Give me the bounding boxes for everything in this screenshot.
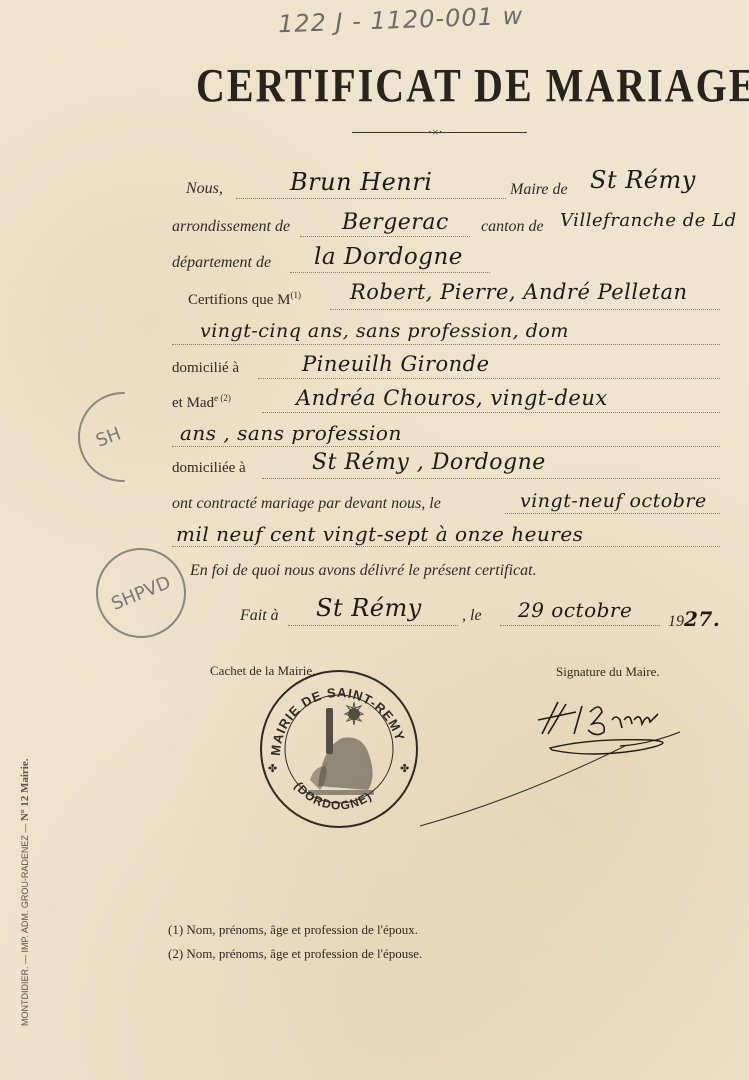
issued-date-entry: 29 octobre <box>518 598 632 622</box>
svg-text:✤: ✤ <box>400 763 409 775</box>
departement-entry: la Dordogne <box>314 244 463 270</box>
certifions-text: Certifions que M <box>188 292 291 308</box>
signature-label: Signature du Maire. <box>556 664 660 680</box>
shpvd-stamp-partial: SH <box>78 392 168 482</box>
arrondissement-entry: Bergerac <box>342 210 449 235</box>
departement-label: département de <box>172 254 271 272</box>
groom-domicile-entry: Pineuilh Gironde <box>302 352 490 376</box>
bride-details-entry: ans , sans profession <box>180 421 402 445</box>
domicilie-label: domicilié à <box>172 360 239 377</box>
pen-stroke <box>420 740 630 830</box>
bride-name-entry: Andréa Chouros, vingt-deux <box>296 386 608 410</box>
mairie-seal: MAIRIE DE SAINT-REMY (DORDOGNE) ✤ ✤ <box>258 668 420 830</box>
bride-details-line <box>172 446 720 447</box>
divider-ornament: ⋅×⋅ <box>428 125 442 140</box>
et-mad-label: et Made (2) <box>172 393 231 412</box>
footnote-ref-2: (2) <box>220 393 231 403</box>
mayor-name-entry: Brun Henri <box>290 168 432 196</box>
groom-details-entry: vingt-cinq ans, sans profession, dom <box>200 320 569 342</box>
fait-label: Fait à <box>240 607 279 625</box>
seal-icon: MAIRIE DE SAINT-REMY (DORDOGNE) ✤ ✤ <box>258 668 420 830</box>
bride-name-line <box>262 412 720 413</box>
maire-label: Maire de <box>510 181 568 199</box>
groom-details-line <box>172 344 720 345</box>
groom-name-entry: Robert, Pierre, André Pelletan <box>350 280 688 304</box>
groom-name-line <box>330 309 720 310</box>
archive-reference: 122 J - 1120-001 w <box>278 2 524 39</box>
printer-text: MONTDIDIER. — IMP. ADM. GROU-RADENEZ — <box>20 824 30 1026</box>
issued-place-line <box>288 625 458 626</box>
shpvd-stamp: SHPVD <box>96 548 186 638</box>
domiciliee-label: domiciliée à <box>172 460 246 477</box>
groom-domicile-line <box>258 378 720 379</box>
footnote-2: (2) Nom, prénoms, âge et profession de l… <box>168 946 422 962</box>
issued-date-line <box>500 625 660 626</box>
departement-line <box>290 272 490 273</box>
bride-domicile-line <box>262 478 720 479</box>
form-number: Nº 12 Mairie. <box>19 759 31 822</box>
canton-label: canton de <box>481 218 544 236</box>
marriage-date-line-2 <box>172 546 720 547</box>
le-label: , le <box>462 607 482 625</box>
mayor-name-line <box>236 198 506 199</box>
shpvd-partial-text: SH <box>93 423 124 451</box>
year-prefix: 19 <box>668 613 684 630</box>
marriage-date-entry-1: vingt-neuf octobre <box>520 490 707 512</box>
en-foi-text: En foi de quoi nous avons délivré le pré… <box>190 562 537 580</box>
arrondissement-label: arrondissement de <box>172 218 290 236</box>
printer-imprint: MONTDIDIER. — IMP. ADM. GROU-RADENEZ — N… <box>19 796 31 1026</box>
document-title: CERTIFICAT DE MARIAGE <box>196 58 706 113</box>
et-mad-text: et Mad <box>172 395 214 411</box>
arrondissement-line <box>300 236 470 237</box>
footnote-1: (1) Nom, prénoms, âge et profession de l… <box>168 922 418 938</box>
marriage-date-entry-2: mil neuf cent vingt-sept à onze heures <box>176 522 583 546</box>
bride-domicile-entry: St Rémy , Dordogne <box>312 450 546 475</box>
commune-entry: St Rémy <box>590 166 696 194</box>
svg-text:✤: ✤ <box>268 763 277 775</box>
issued-year: 1927. <box>668 607 720 631</box>
issued-place-entry: St Rémy <box>316 594 422 622</box>
certifions-label: Certifions que M(1) <box>188 290 301 309</box>
nous-label: Nous, <box>186 180 223 198</box>
contracte-label: ont contracté mariage par devant nous, l… <box>172 495 441 513</box>
shpvd-text: SHPVD <box>108 572 173 615</box>
footnote-ref-1: (1) <box>291 290 302 300</box>
year-suffix-entry: 27. <box>684 607 720 631</box>
marriage-date-line-1 <box>505 513 720 514</box>
canton-entry: Villefranche de Ld <box>560 210 737 231</box>
